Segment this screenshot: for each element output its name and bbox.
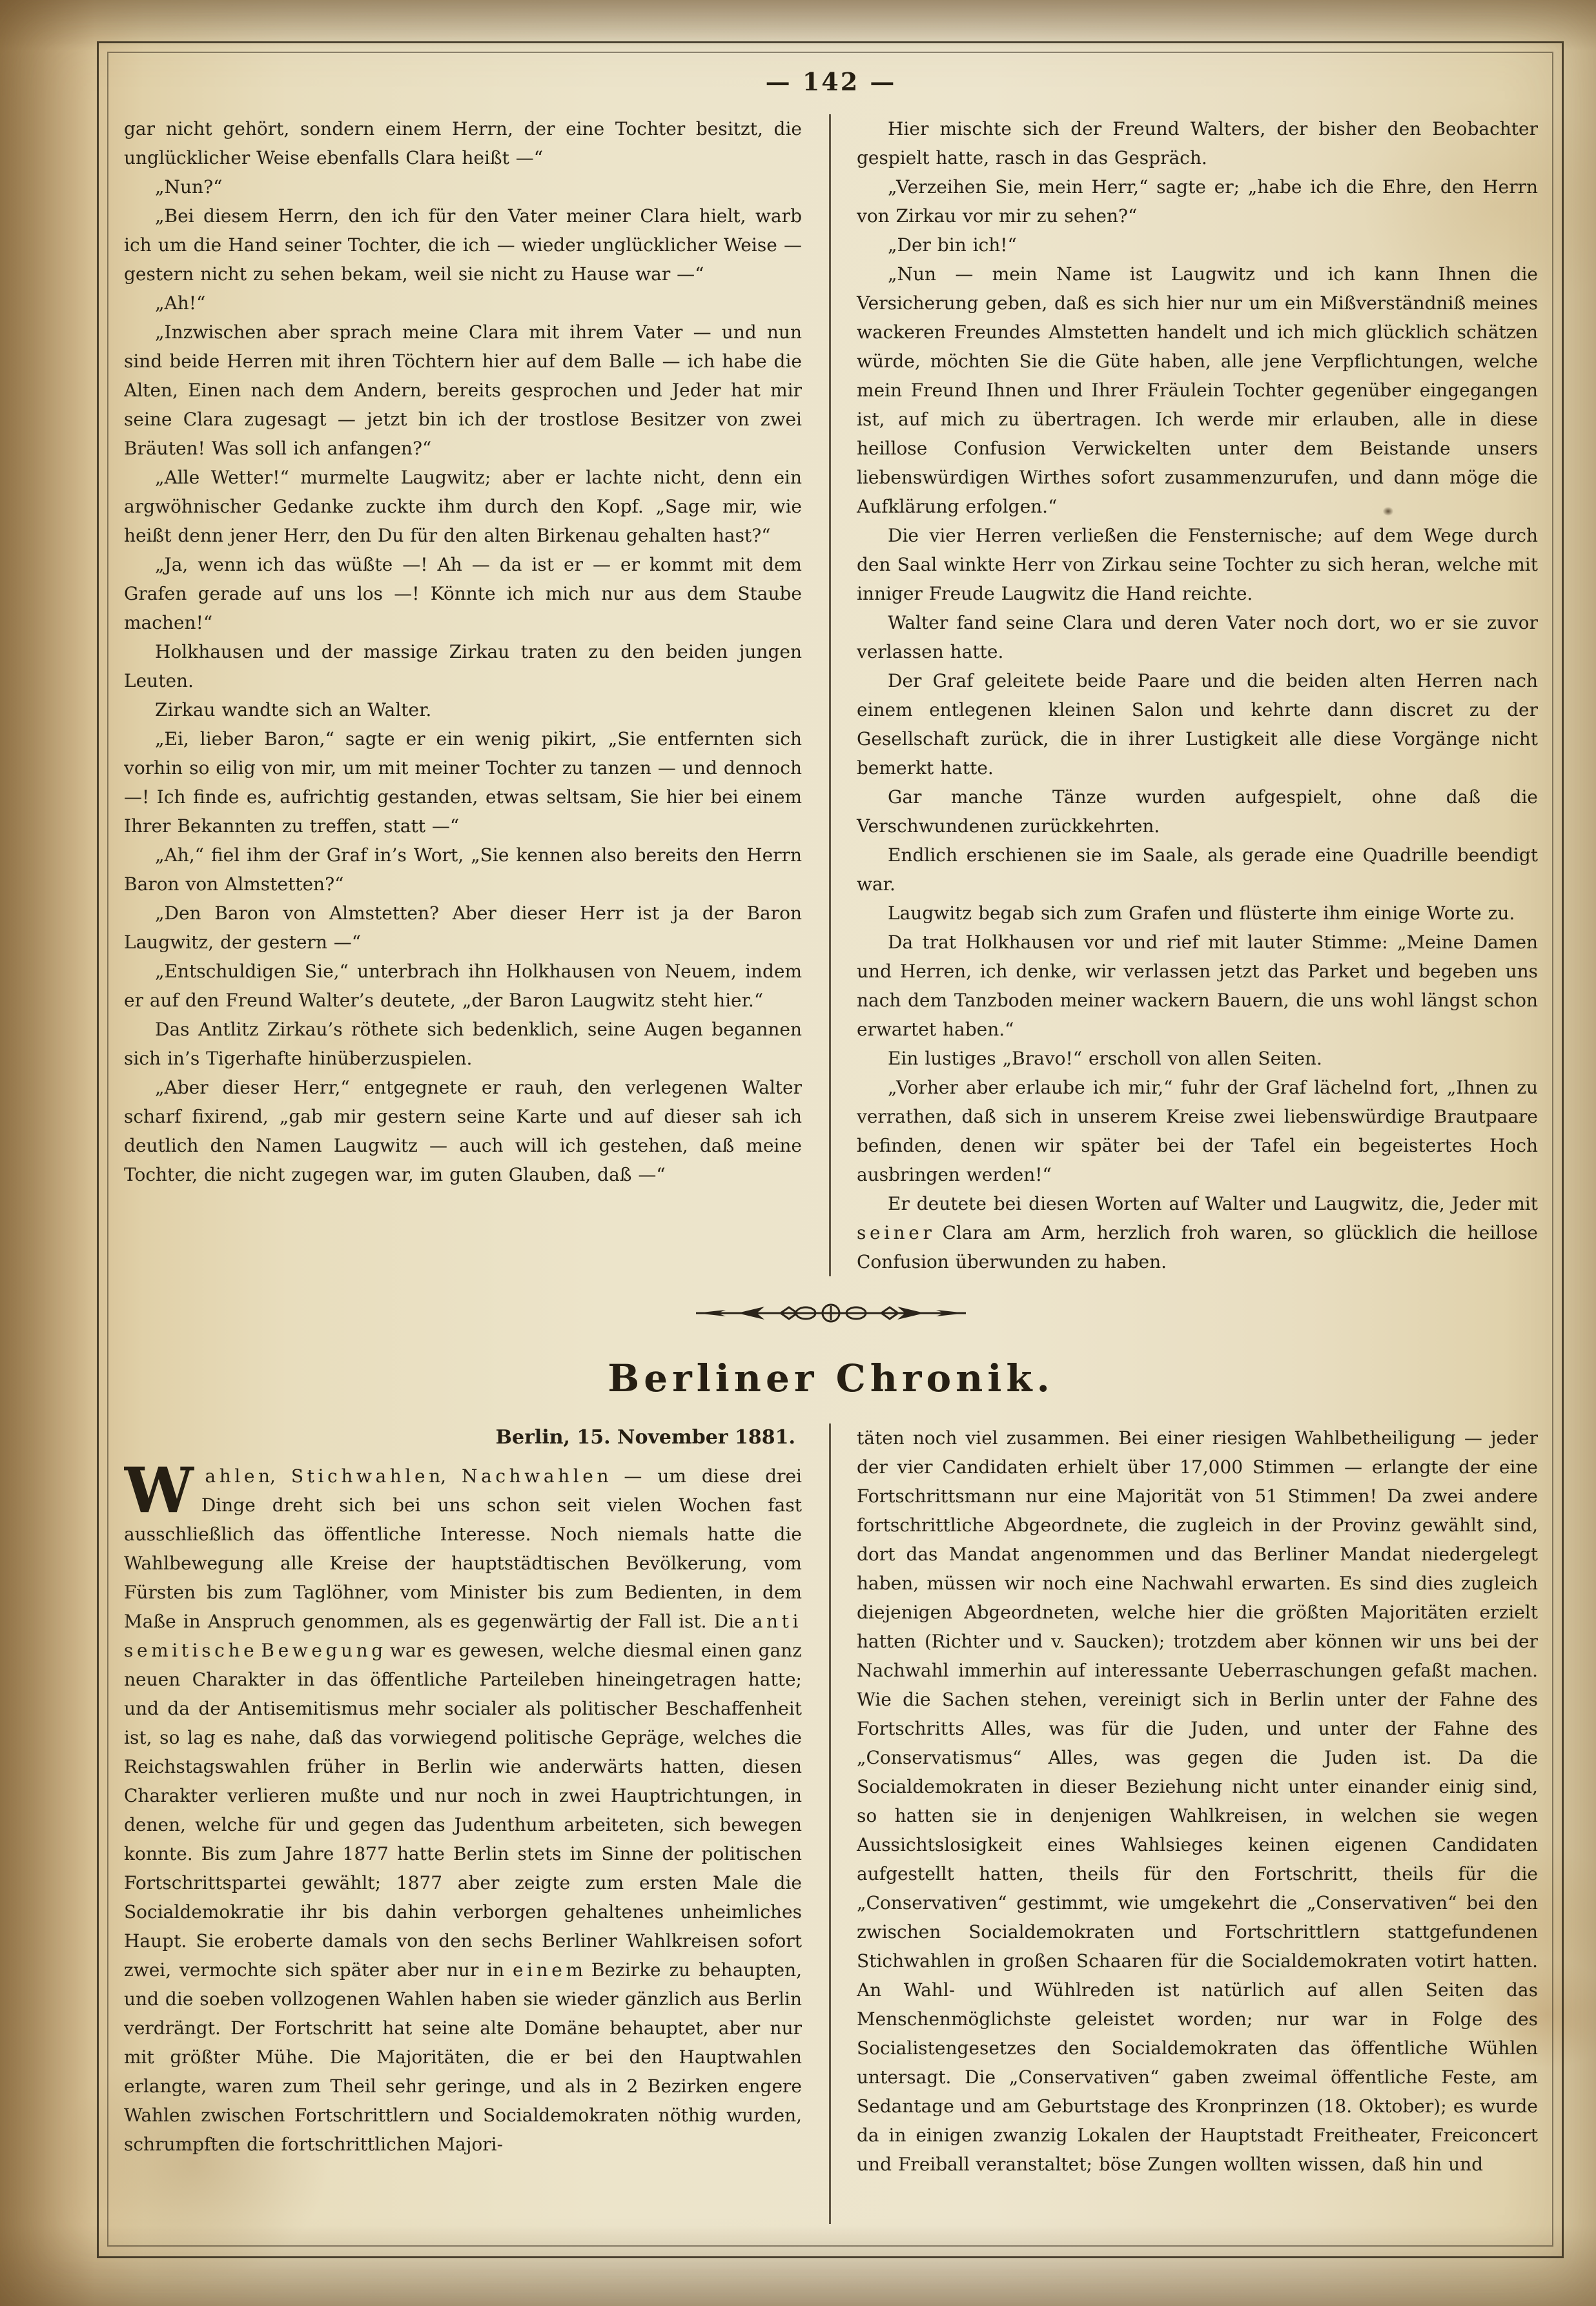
chronicle-section: Berlin, 15. November 1881. W a h l e n, … <box>124 1423 1538 2224</box>
story-column-left: gar nicht gehört, sondern einem Herrn, d… <box>124 114 831 1276</box>
story-paragraph: Er deutete bei diesen Worten auf Walter … <box>857 1189 1538 1276</box>
newspaper-page: — 142 — gar nicht gehört, sondern einem … <box>0 0 1596 2306</box>
drop-cap: W <box>124 1462 201 1516</box>
story-paragraph: „Ah,“ fiel ihm der Graf in’s Wort, „Sie … <box>124 841 802 899</box>
dateline: Berlin, 15. November 1881. <box>124 1426 795 1449</box>
story-paragraph: „Bei diesem Herrn, den ich für den Vater… <box>124 201 802 289</box>
story-paragraph: „Ei, lieber Baron,“ sagte er ein wenig p… <box>124 724 802 841</box>
story-paragraph: „Aber dieser Herr,“ entgegnete er rauh, … <box>124 1073 802 1189</box>
story-paragraph: „Vorher aber erlaube ich mir,“ fuhr der … <box>857 1073 1538 1189</box>
story-section: gar nicht gehört, sondern einem Herrn, d… <box>124 114 1538 1276</box>
story-paragraph: gar nicht gehört, sondern einem Herrn, d… <box>124 114 802 172</box>
story-paragraph: Hier mischte sich der Freund Walters, de… <box>857 114 1538 172</box>
section-divider: Berliner Chronik. <box>124 1296 1538 1400</box>
chronicle-column-right: täten noch viel zusammen. Bei einer ries… <box>831 1423 1538 2224</box>
story-column-right: Hier mischte sich der Freund Walters, de… <box>831 114 1538 1276</box>
story-paragraph: Walter fand seine Clara und deren Vater … <box>857 608 1538 666</box>
page-content: — 142 — gar nicht gehört, sondern einem … <box>124 63 1538 2224</box>
story-paragraph: Gar manche Tänze wurden aufgespielt, ohn… <box>857 782 1538 841</box>
section-title: Berliner Chronik. <box>124 1356 1538 1400</box>
story-paragraph: „Verzeihen Sie, mein Herr,“ sagte er; „h… <box>857 172 1538 230</box>
story-paragraph: „Der bin ich!“ <box>857 230 1538 260</box>
chronicle-left-paragraphs: W a h l e n, S t i c h w a h l e n, N a … <box>124 1462 802 2159</box>
chronicle-column-left: Berlin, 15. November 1881. W a h l e n, … <box>124 1423 831 2224</box>
section-divider-ornament <box>692 1296 970 1331</box>
chronicle-paragraph: täten noch viel zusammen. Bei einer ries… <box>857 1423 1538 2179</box>
story-paragraph: Der Graf geleitete beide Paare und die b… <box>857 666 1538 782</box>
page-number: — 142 — <box>124 67 1538 96</box>
story-paragraph: Ein lustiges „Bravo!“ erscholl von allen… <box>857 1044 1538 1073</box>
story-paragraph: Endlich erschienen sie im Saale, als ger… <box>857 841 1538 899</box>
page-gutter-shadow <box>0 0 103 2306</box>
chronicle-paragraph: W a h l e n, S t i c h w a h l e n, N a … <box>124 1462 802 2159</box>
story-paragraph: „Ja, wenn ich das wüßte —! Ah — da ist e… <box>124 550 802 637</box>
story-paragraph: Das Antlitz Zirkau’s röthete sich bedenk… <box>124 1015 802 1073</box>
story-paragraph: „Alle Wetter!“ murmelte Laugwitz; aber e… <box>124 463 802 550</box>
story-paragraph: Die vier Herren verließen die Fensternis… <box>857 521 1538 608</box>
story-paragraph: „Inzwischen aber sprach meine Clara mit … <box>124 318 802 463</box>
story-paragraph: Zirkau wandte sich an Walter. <box>124 695 802 724</box>
story-paragraph: „Ah!“ <box>124 289 802 318</box>
story-paragraph: „Entschuldigen Sie,“ unterbrach ihn Holk… <box>124 957 802 1015</box>
story-paragraph: Da trat Holkhausen vor und rief mit laut… <box>857 928 1538 1044</box>
story-paragraph: Holkhausen und der massige Zirkau traten… <box>124 637 802 695</box>
story-paragraph: „Den Baron von Almstetten? Aber dieser H… <box>124 899 802 957</box>
story-paragraph: „Nun — mein Name ist Laugwitz und ich ka… <box>857 260 1538 521</box>
story-paragraph: „Nun?“ <box>124 172 802 201</box>
story-paragraph: Laugwitz begab sich zum Grafen und flüst… <box>857 899 1538 928</box>
